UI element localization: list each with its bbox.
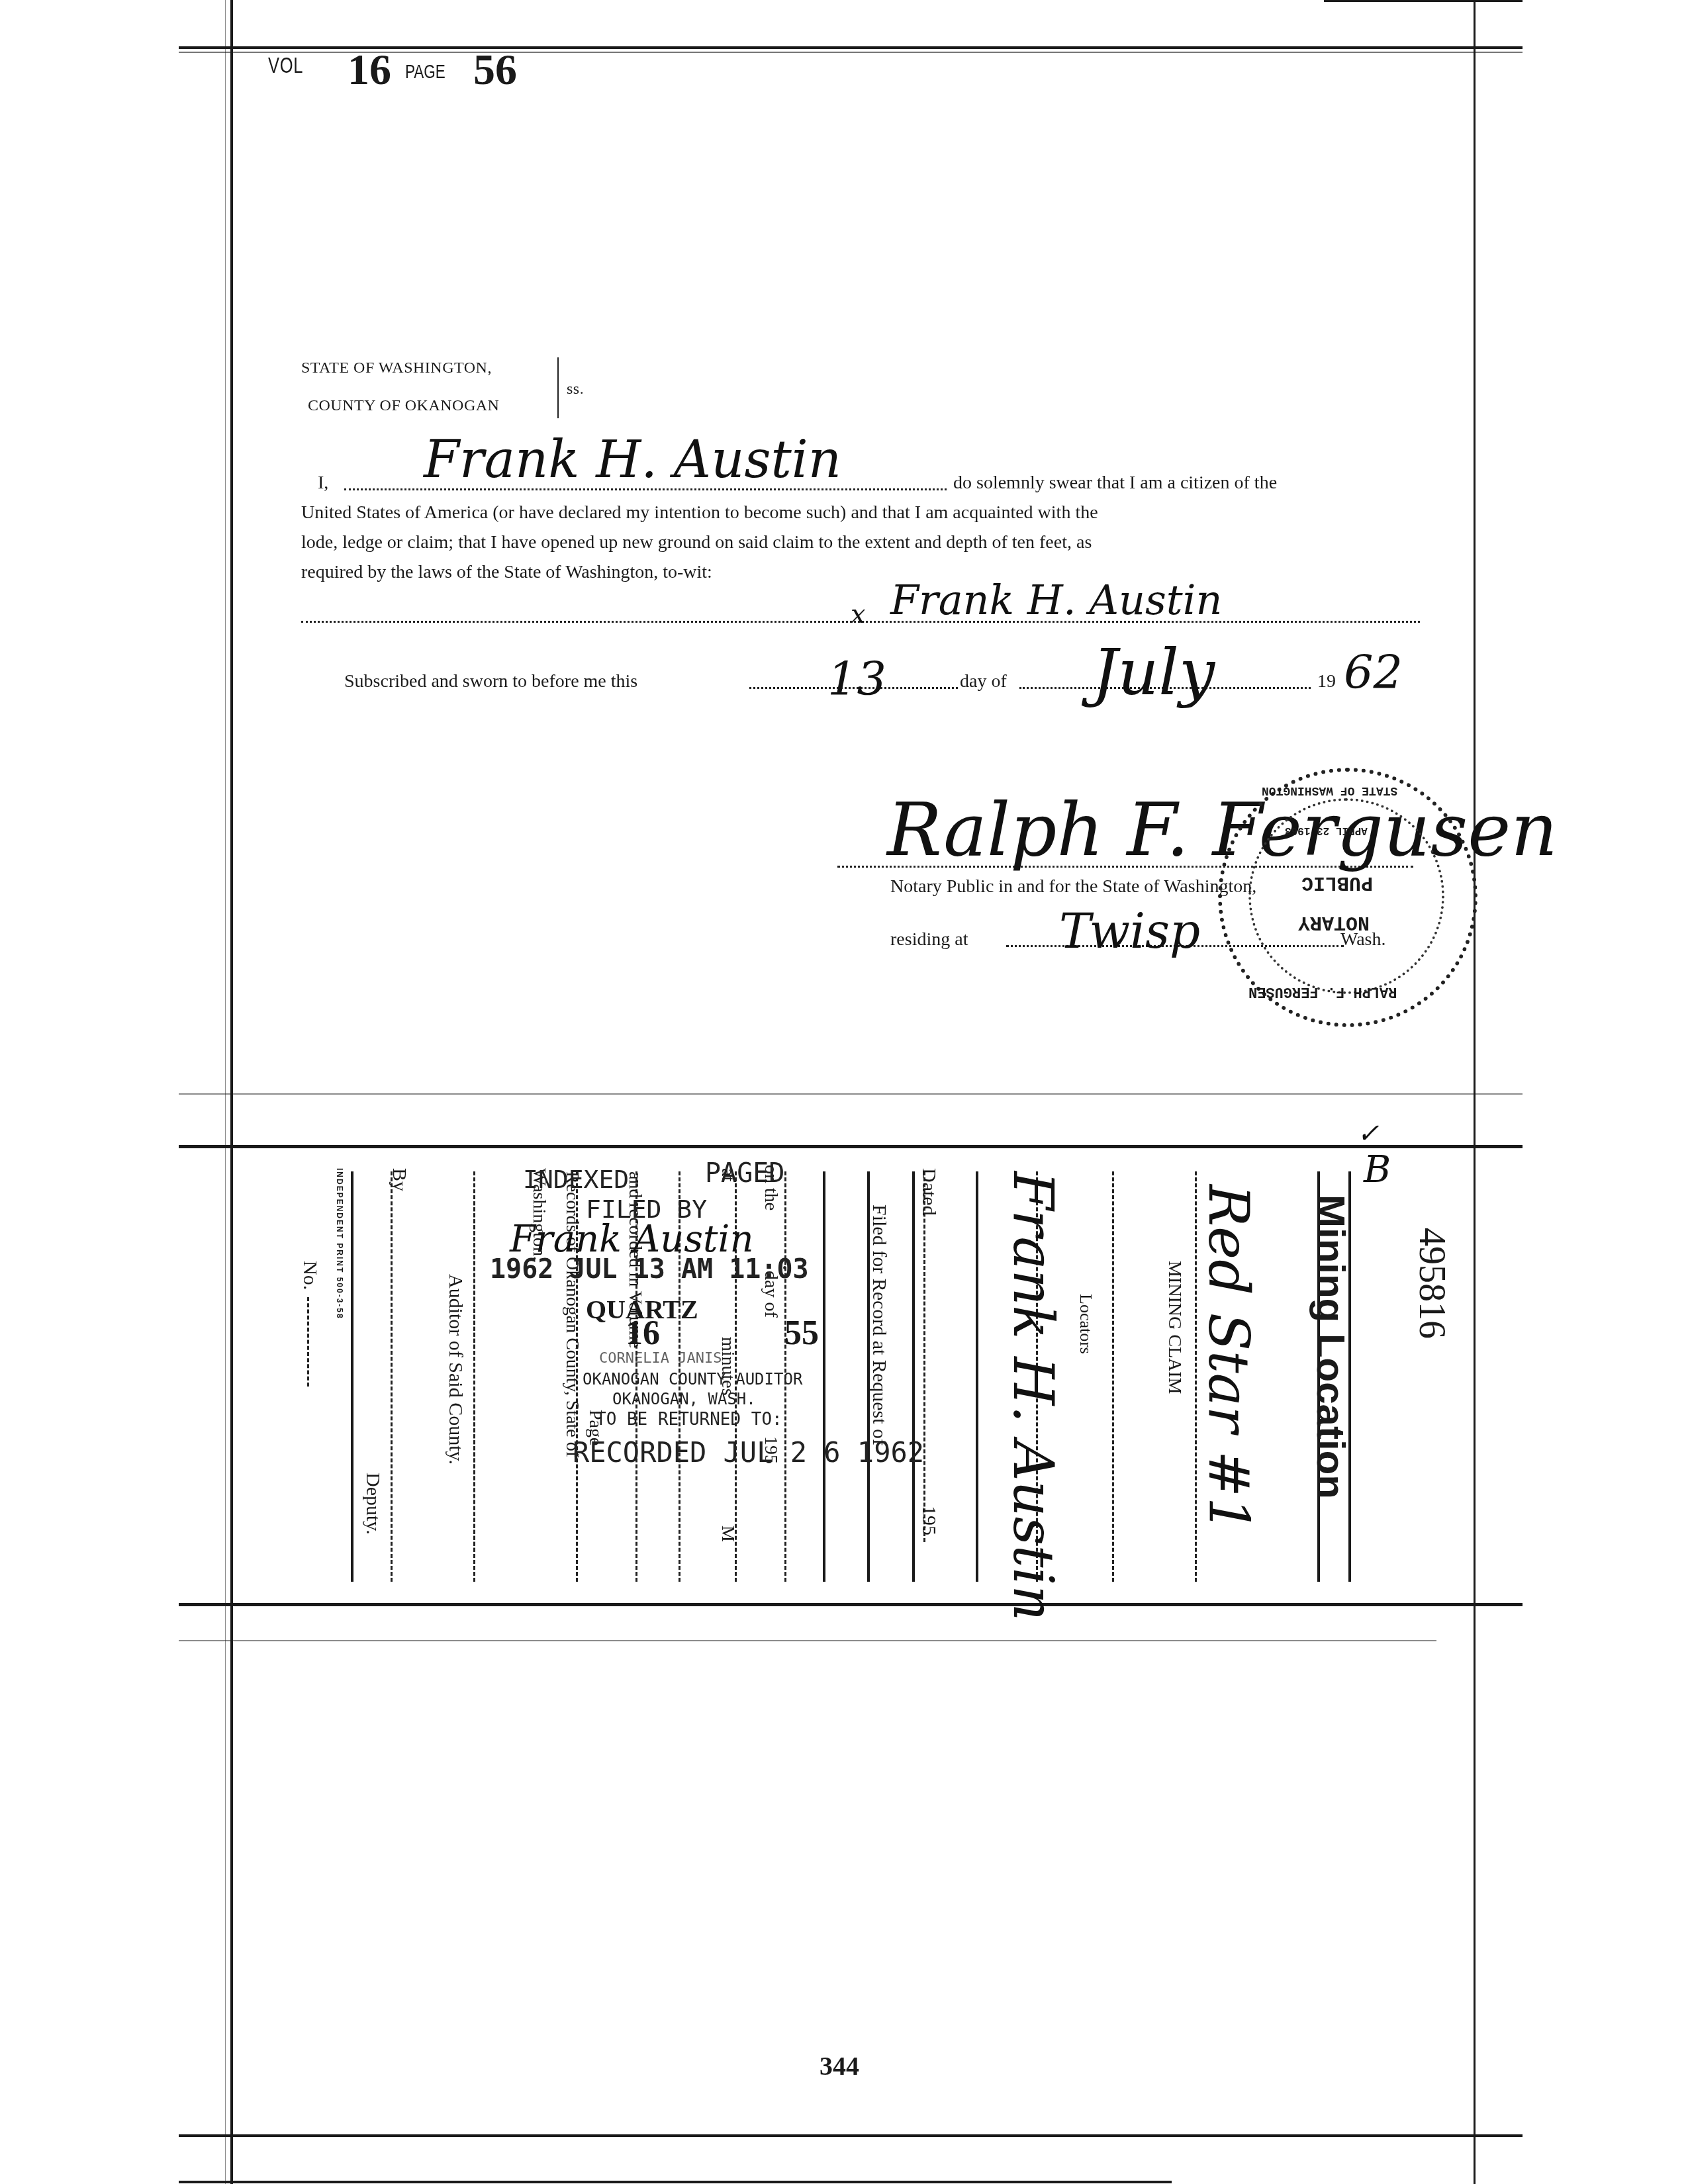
deputy-label: Deputy.	[361, 1473, 384, 1535]
subscribed-label: Subscribed and sworn to before me this	[344, 665, 637, 698]
right-margin-rule	[1474, 0, 1476, 2184]
venue-county: COUNTY OF OKANOGAN	[308, 397, 499, 415]
residing-label: residing at	[890, 923, 968, 956]
year-value: 62	[1344, 645, 1403, 700]
initials: B	[1364, 1148, 1391, 1191]
oath-line-2: United States of America (or have declar…	[301, 496, 1427, 529]
year-prefix: 19	[1317, 665, 1336, 698]
venue-state: STATE OF WASHINGTON,	[301, 359, 492, 377]
vol-label: VOL	[268, 53, 303, 79]
dated-label: Dated	[917, 1168, 940, 1216]
stamp-indexed: INDEXED	[523, 1165, 629, 1194]
by-label: By	[388, 1168, 410, 1191]
stamp-page: 55	[784, 1314, 819, 1353]
notary-title: Notary Public in and for the State of Wa…	[890, 870, 1256, 903]
bottom-rule	[179, 2134, 1523, 2137]
stamp-auditor-city: OKANOGAN, WASH.	[612, 1390, 756, 1408]
no-line	[307, 1297, 309, 1387]
affiant-signature-2: Frank H. Austin	[890, 576, 1223, 624]
back-bottom-rule	[179, 1603, 1523, 1606]
m-label: M	[717, 1525, 738, 1542]
fold-dashed-line-2	[179, 1640, 1436, 1641]
locators-line-1	[1112, 1171, 1114, 1582]
records-label: Records of Okanogan County, State of	[561, 1171, 583, 1457]
fold-dashed-line	[179, 1093, 1523, 1095]
dated-line	[923, 1171, 925, 1542]
stamp-auditor-line: OKANOGAN COUNTY AUDITOR	[583, 1370, 802, 1388]
by-line	[391, 1171, 393, 1582]
panel-rule-4	[912, 1171, 915, 1582]
page-label: PAGE	[405, 61, 445, 83]
top-right-rule	[1324, 0, 1523, 2]
stamp-paged: PAGED	[705, 1158, 784, 1189]
notary-seal: PUBLIC NOTARY RALPH F. FERGUSEN STATE OF…	[1218, 768, 1477, 1027]
left-margin-rule-faint	[225, 0, 226, 2184]
seal-state-text: STATE OF WASHINGTON	[1262, 784, 1397, 797]
mining-location-title: Mining Location	[1308, 1195, 1354, 1499]
day-of-label: day of	[960, 665, 1007, 698]
oath-line-3: lode, ledge or claim; that I have opened…	[301, 526, 1092, 559]
dated-year: 195	[917, 1506, 940, 1535]
stamp-auditor-name: CORNELIA JANIS	[599, 1350, 722, 1367]
affiant-signature: Frank H. Austin	[424, 430, 841, 490]
oath-intro: I,	[318, 467, 328, 500]
no-label: No.	[299, 1261, 321, 1290]
stamp-return-to: TO BE RETURNED TO:	[596, 1410, 782, 1430]
oath-line-4: required by the laws of the State of Was…	[301, 556, 712, 589]
locators-label: Locators	[1076, 1294, 1096, 1354]
signature-mark: x	[851, 599, 866, 629]
stamp-volume: 16	[626, 1314, 660, 1353]
month-value: July	[1092, 635, 1215, 709]
locator-signature: Frank H. Austin	[1001, 1171, 1066, 1621]
panel-rule-3	[976, 1171, 978, 1582]
seal-date: APRIL 23 1963	[1285, 825, 1368, 837]
panel-rule-6	[823, 1171, 825, 1582]
seal-outer-text: RALPH F. FERGUSEN	[1248, 983, 1397, 1000]
page-number: 56	[473, 45, 517, 95]
residing-value: Twisp	[1059, 903, 1200, 959]
bottom-edge-rule	[179, 2181, 1172, 2183]
auditor-line	[473, 1171, 475, 1582]
check-mark: ✓	[1357, 1118, 1380, 1149]
venue-ss: ss.	[567, 381, 584, 398]
document-number: 495816	[1411, 1228, 1453, 1339]
printer-label: INDEPENDENT PRINT 500-3-58	[335, 1168, 344, 1320]
back-top-rule	[179, 1145, 1523, 1148]
day-value: 13	[827, 652, 886, 706]
mining-claim-label: MINING CLAIM	[1164, 1261, 1185, 1394]
vol-number: 16	[348, 45, 391, 95]
seal-center-bottom: NOTARY	[1298, 911, 1370, 933]
seal-center-top: PUBLIC	[1301, 871, 1373, 893]
claim-name: Red Star #1	[1196, 1185, 1261, 1533]
panel-rule-7	[351, 1171, 353, 1582]
stamp-recorded: RECORDED JUL 2 6 1962	[573, 1436, 924, 1469]
oath-line-1: do solemnly swear that I am a citizen of…	[953, 467, 1277, 500]
auditor-label: Auditor of Said County.	[444, 1274, 467, 1465]
filed-request-label: Filed for Record at Request of	[868, 1205, 890, 1445]
footer-page-number: 344	[820, 2050, 859, 2081]
left-margin-rule	[230, 0, 233, 2184]
venue-brace	[557, 357, 564, 418]
stamp-timestamp: 1962 JUL 13 AM 11:03	[490, 1254, 809, 1285]
